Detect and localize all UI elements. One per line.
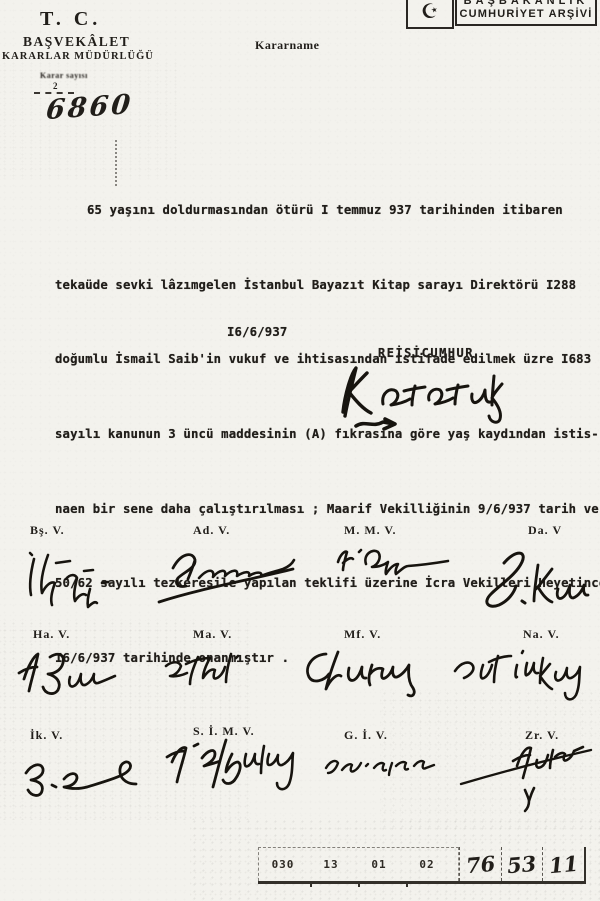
signature-saydam: [150, 732, 315, 804]
minister-label-hav: Ha. V.: [33, 627, 70, 642]
decree-number-label: Karar sayısı: [40, 71, 88, 80]
signature-aras: [10, 643, 125, 705]
catalog-code: 02: [403, 858, 451, 871]
signature-ataturk: [325, 360, 510, 436]
minister-label-nav: Na. V.: [523, 627, 560, 642]
signature-ozalp: [330, 538, 455, 584]
archive-stamp-emblem-box: ☪: [406, 0, 454, 29]
signature-inonu: [18, 543, 118, 618]
body-line: tekaüde sevki lâzımgelen İstanbul Bayazı…: [55, 273, 580, 298]
catalog-handwritten-cell: 53: [501, 847, 543, 881]
archive-stamp-line2: CUMHURİYET ARŞİVİ: [459, 8, 592, 21]
body-line: 65 yaşını doldurmasından ötürü I temmuz …: [55, 198, 580, 223]
catalog-stamp: 030 13 01 02 76 53 11: [258, 847, 586, 884]
signature-saracoglu: [137, 538, 299, 610]
scanned-decree-document: T. C. BAŞVEKÂLET KARARLAR MÜDÜRLÜĞÜ Kara…: [0, 0, 600, 901]
document-type-heading: Kararname: [255, 38, 319, 53]
signature-arikan: [296, 638, 436, 708]
signature-agrali: [152, 644, 247, 696]
signature-skaya: [452, 543, 590, 618]
signature-cetinkaya: [437, 643, 587, 707]
catalog-handwritten-number: 76: [464, 850, 495, 877]
stamp-tick: [310, 882, 312, 887]
catalog-handwritten-number: 11: [548, 850, 579, 877]
minister-label-mav: Ma. V.: [193, 627, 232, 642]
catalog-handwritten-number: 53: [506, 850, 537, 877]
minister-label-bsv: Bş. V.: [30, 523, 65, 538]
archive-stamp-line1: BAŞBAKANLIK: [459, 0, 592, 8]
minister-label-mmv: M. M. V.: [344, 523, 397, 538]
archive-stamp-text-box: BAŞBAKANLIK CUMHURİYET ARŞİVİ: [455, 0, 597, 26]
catalog-code: 01: [355, 858, 403, 871]
president-title: REİSİCUMHUR: [378, 346, 474, 360]
catalog-handwritten-cell: 76: [459, 847, 501, 881]
minister-label-giv: G. İ. V.: [344, 728, 388, 743]
crescent-star-icon: ☪: [419, 0, 441, 22]
letterhead-office: BAŞVEKÂLET: [23, 34, 130, 50]
minister-label-adv: Ad. V.: [193, 523, 230, 538]
letterhead-country: T. C.: [40, 8, 101, 31]
decree-number: 2: [53, 81, 58, 91]
stamp-tick: [406, 882, 408, 887]
catalog-code: 030: [259, 858, 307, 871]
catalog-code: 13: [307, 858, 355, 871]
catalog-typed-section: 030 13 01 02: [258, 847, 459, 881]
signature-kesebir: [455, 738, 595, 806]
stamp-tick: [358, 882, 360, 887]
letterhead-department: KARARLAR MÜDÜRLÜĞÜ: [2, 51, 154, 62]
body-line: naen bir sene daha çalıştırılması ; Maar…: [55, 497, 580, 522]
catalog-handwritten-cell: 11: [542, 847, 586, 881]
minister-label-ikv: İk. V.: [30, 728, 63, 743]
decree-date: I6/6/937: [227, 325, 287, 339]
signature-bayar: [12, 743, 142, 805]
handwritten-file-number: 6860: [44, 89, 134, 126]
signature-tarhan: [318, 750, 440, 782]
minister-label-dav: Da. V: [528, 523, 562, 538]
